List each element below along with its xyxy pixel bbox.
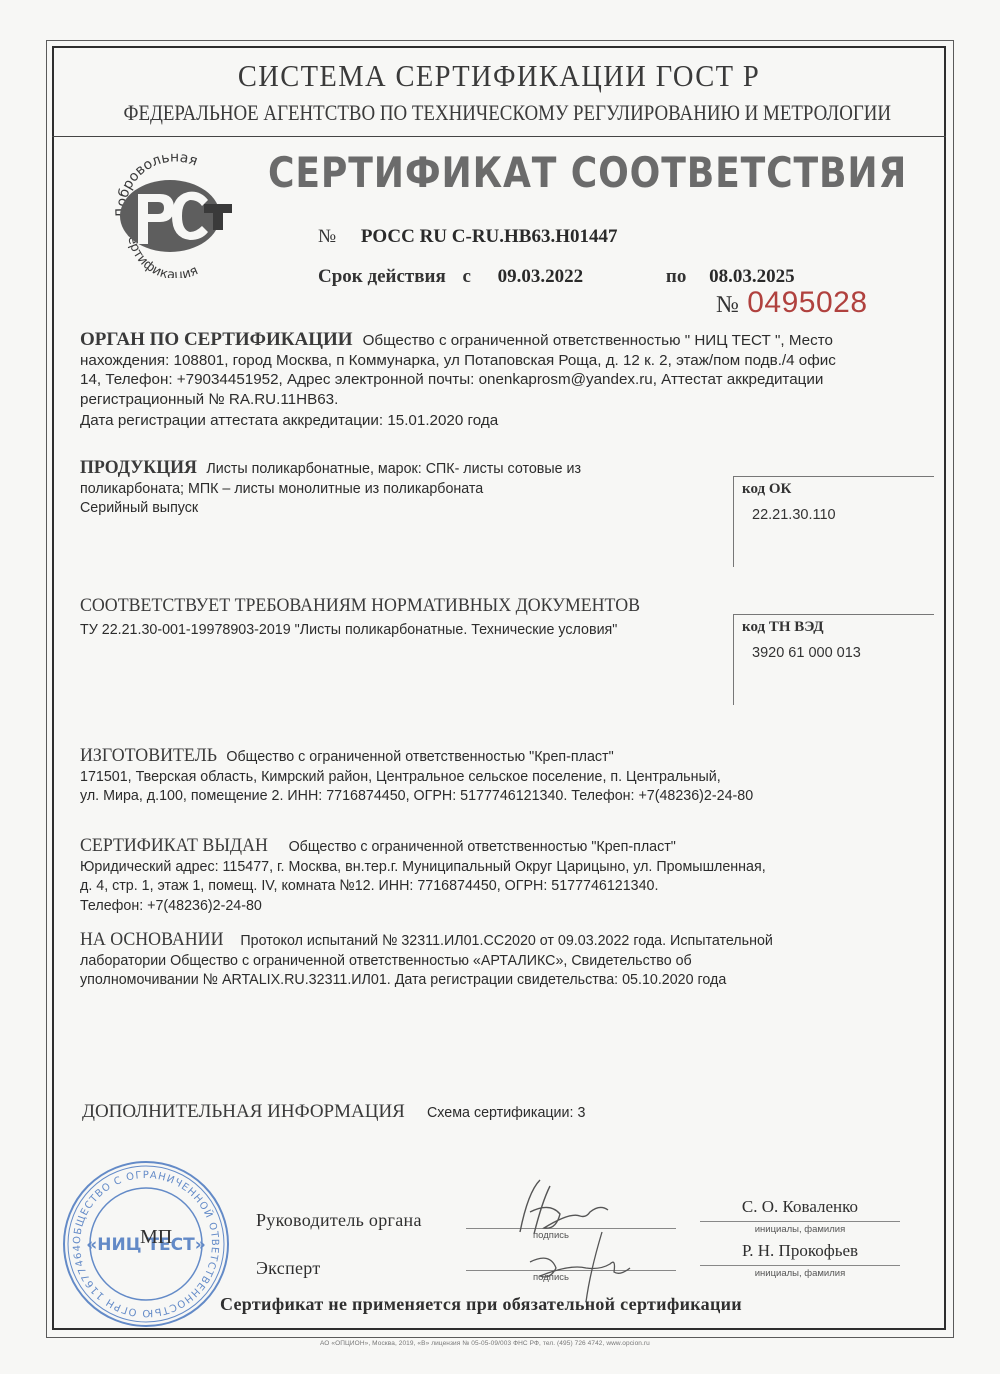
expert-name-caption: инициалы, фамилия: [700, 1268, 900, 1279]
section-text: Общество с ограниченной ответственностью…: [363, 332, 833, 349]
section-text: д. 4, стр. 1, этаж 1, помещ. IV, комната…: [80, 876, 851, 896]
rst-voluntary-certification-logo-icon: Добровольная сертификация: [108, 148, 238, 278]
section-text: 171501, Тверская область, Кимрский район…: [80, 767, 851, 787]
header-divider: [52, 136, 946, 137]
section-additional-info: ДОПОЛНИТЕЛЬНАЯ ИНФОРМАЦИЯСхема сертифика…: [82, 1102, 902, 1123]
printer-imprint: АО «ОПЦИОН», Москва, 2019, «В» лицензия …: [320, 1340, 650, 1347]
blank-serial-number: № 0495028: [716, 286, 868, 320]
section-text: Дата регистрации аттестата аккредитации:…: [80, 411, 900, 431]
section-text: Телефон: +7(48236)2-24-80: [80, 896, 851, 916]
section-text: поликарбоната; МПК – листы монолитные из…: [80, 479, 719, 499]
head-name: С. О. Коваленко: [700, 1197, 900, 1217]
section-text: лаборатории Общество с ограниченной отве…: [80, 951, 851, 971]
blank-number-sign: №: [716, 292, 739, 318]
section-text: Общество с ограниченной ответственностью…: [289, 838, 676, 855]
okpd-code-box: код ОК 22.21.30.110: [733, 476, 934, 567]
section-text: Серийный выпуск: [80, 498, 719, 518]
validity-row: Срок действия с 09.03.2022 по 08.03.2025: [318, 266, 795, 288]
section-text: Листы поликарбонатные, марок: СПК- листы…: [206, 460, 581, 477]
section-heading: ИЗГОТОВИТЕЛЬ: [80, 745, 217, 766]
stamp-place-label: МП: [140, 1226, 172, 1249]
code-label: код ОК: [742, 481, 791, 498]
section-manufacturer: ИЗГОТОВИТЕЛЬОбщество с ограниченной отве…: [80, 746, 851, 806]
code-value: 22.21.30.110: [752, 507, 836, 523]
section-text: Юридический адрес: 115477, г. Москва, вн…: [80, 857, 851, 877]
section-heading: СЕРТИФИКАТ ВЫДАН: [80, 835, 268, 856]
valid-from-date: 09.03.2022: [498, 266, 584, 287]
validity-label: Срок действия: [318, 266, 446, 287]
certificate-number: РОСС RU C-RU.НВ63.Н01447: [361, 226, 618, 247]
section-text: регистрационный № RA.RU.11НВ63.: [80, 390, 900, 410]
section-basis: НА ОСНОВАНИИПротокол испытаний № 32311.И…: [80, 930, 851, 990]
voluntary-certification-note: Сертификат не применяется при обязательн…: [220, 1294, 742, 1315]
section-text: нахождения: 108801, город Москва, п Комм…: [80, 351, 900, 371]
section-heading: ОРГАН ПО СЕРТИФИКАЦИИ: [80, 329, 353, 350]
section-text: Общество с ограниченной ответственностью…: [226, 748, 613, 765]
agency-name: ФЕДЕРАЛЬНОЕ АГЕНТСТВО ПО ТЕХНИЧЕСКОМУ РЕ…: [124, 100, 875, 126]
validity-from-label: с: [462, 266, 470, 287]
expert-role-label: Эксперт: [256, 1258, 321, 1279]
system-title: СИСТЕМА СЕРТИФИКАЦИИ ГОСТ Р: [88, 58, 910, 94]
code-label: код ТН ВЭД: [742, 619, 824, 636]
number-sign: №: [318, 226, 336, 247]
expert-name-line: [700, 1265, 900, 1266]
head-name-caption: инициалы, фамилия: [700, 1224, 900, 1235]
section-heading: ДОПОЛНИТЕЛЬНАЯ ИНФОРМАЦИЯ: [82, 1101, 405, 1122]
section-text: ул. Мира, д.100, помещение 2. ИНН: 77168…: [80, 786, 851, 806]
tnved-code-box: код ТН ВЭД 3920 61 000 013: [733, 614, 934, 705]
head-name-line: [700, 1221, 900, 1222]
code-value: 3920 61 000 013: [752, 645, 861, 661]
handwritten-signatures-icon: [490, 1172, 690, 1312]
section-text: ТУ 22.21.30-001-19978903-2019 "Листы пол…: [80, 620, 719, 640]
validity-to-label: по: [666, 266, 686, 287]
section-conformity: СООТВЕТСТВУЕТ ТРЕБОВАНИЯМ НОРМАТИВНЫХ ДО…: [80, 596, 719, 639]
section-issued-to: СЕРТИФИКАТ ВЫДАНОбщество с ограниченной …: [80, 836, 851, 915]
section-heading: НА ОСНОВАНИИ: [80, 929, 223, 950]
section-text: 14, Телефон: +79034451952, Адрес электро…: [80, 370, 900, 390]
section-text: Схема сертификации: 3: [427, 1103, 585, 1123]
valid-to-date: 08.03.2025: [709, 266, 795, 287]
expert-name: Р. Н. Прокофьев: [700, 1241, 900, 1261]
section-certification-body: ОРГАН ПО СЕРТИФИКАЦИИОбщество с ограниче…: [80, 330, 900, 431]
section-heading: СООТВЕТСТВУЕТ ТРЕБОВАНИЯМ НОРМАТИВНЫХ ДО…: [80, 596, 710, 616]
blank-number-value: 0495028: [747, 286, 867, 319]
head-role-label: Руководитель органа: [256, 1210, 422, 1231]
certificate-title: СЕРТИФИКАТ СООТВЕТСТВИЯ: [268, 148, 907, 197]
section-text: уполномочивании № ARTALIX.RU.32311.ИЛ01.…: [80, 970, 851, 990]
section-product: ПРОДУКЦИЯЛисты поликарбонатные, марок: С…: [80, 458, 719, 518]
section-text: Протокол испытаний № 32311.ИЛ01.СС2020 о…: [240, 932, 772, 949]
certificate-number-row: № РОСС RU C-RU.НВ63.Н01447: [318, 226, 618, 248]
section-heading: ПРОДУКЦИЯ: [80, 457, 197, 478]
